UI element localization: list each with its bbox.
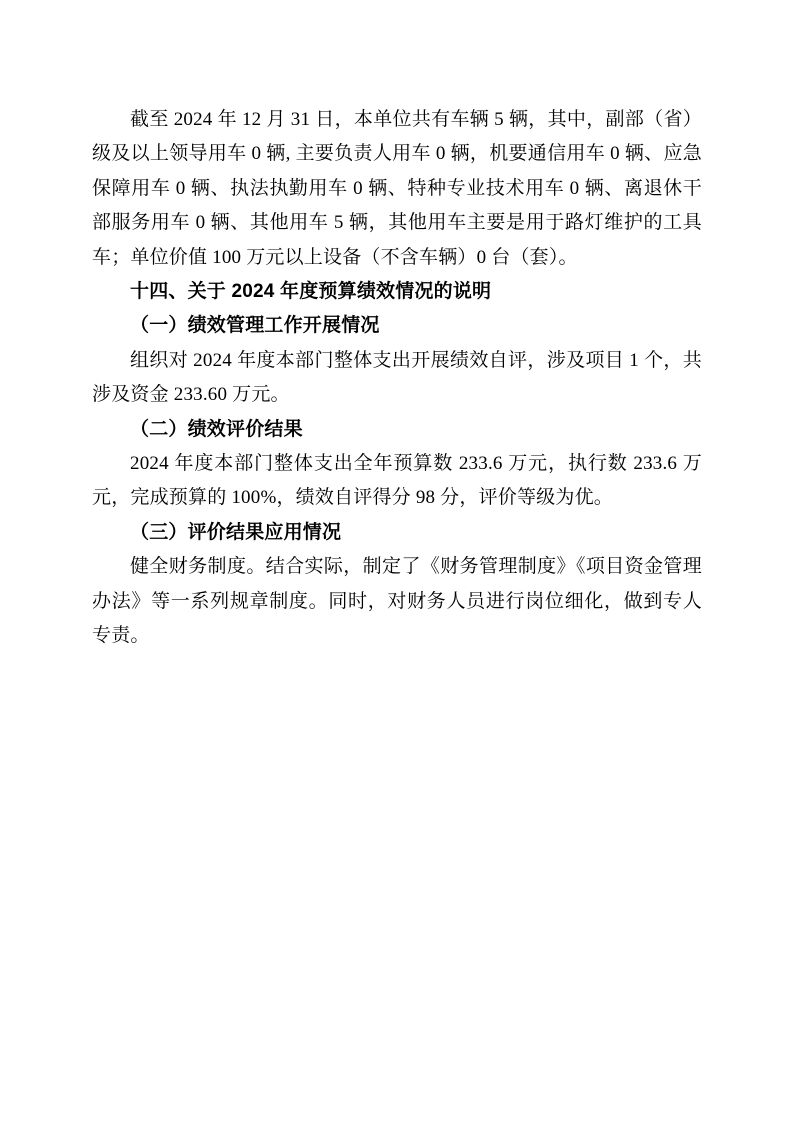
paragraph-performance-self-evaluation: 组织对 2024 年度本部门整体支出开展绩效自评，涉及项目 1 个，共涉及资金 … bbox=[92, 344, 702, 413]
paragraph-evaluation-result-detail: 2024 年度本部门整体支出全年预算数 233.6 万元，执行数 233.6 万… bbox=[92, 447, 702, 516]
paragraph-result-application-detail: 健全财务制度。结合实际，制定了《财务管理制度》《项目资金管理办法》等一系列规章制… bbox=[92, 550, 702, 653]
subsection-heading-1-performance-management: （一）绩效管理工作开展情况 bbox=[92, 309, 702, 343]
subsection-heading-2-evaluation-result: （二）绩效评价结果 bbox=[92, 413, 702, 447]
section-heading-14-budget-performance: 十四、关于 2024 年度预算绩效情况的说明 bbox=[92, 275, 702, 309]
document-page: 截至 2024 年 12 月 31 日，本单位共有车辆 5 辆，其中，副部（省）… bbox=[0, 0, 793, 1122]
subsection-heading-3-result-application: （三）评价结果应用情况 bbox=[92, 516, 702, 550]
paragraph-vehicle-assets: 截至 2024 年 12 月 31 日，本单位共有车辆 5 辆，其中，副部（省）… bbox=[92, 103, 702, 275]
document-content: 截至 2024 年 12 月 31 日，本单位共有车辆 5 辆，其中，副部（省）… bbox=[92, 103, 702, 654]
